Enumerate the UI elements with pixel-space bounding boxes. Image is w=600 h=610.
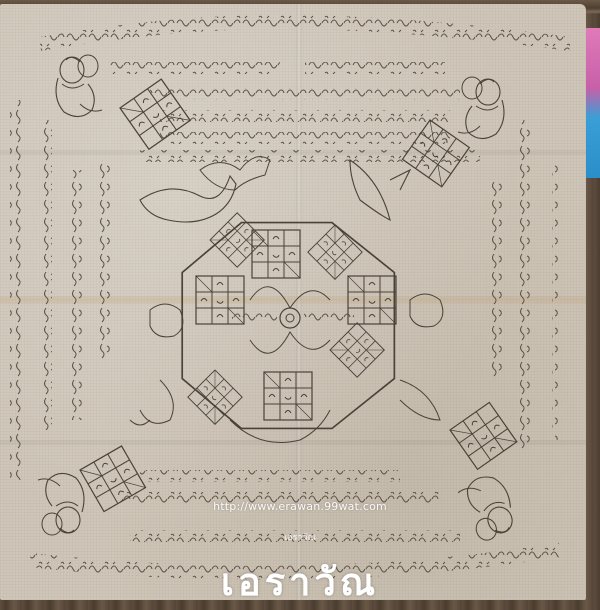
watermark-small-label: เอราวัณ	[0, 530, 600, 544]
yantra-drawing	[0, 0, 600, 610]
watermark-large-label: เอราวัณ	[0, 560, 600, 604]
watermark-url: http://www.erawan.99wat.com	[0, 500, 600, 513]
